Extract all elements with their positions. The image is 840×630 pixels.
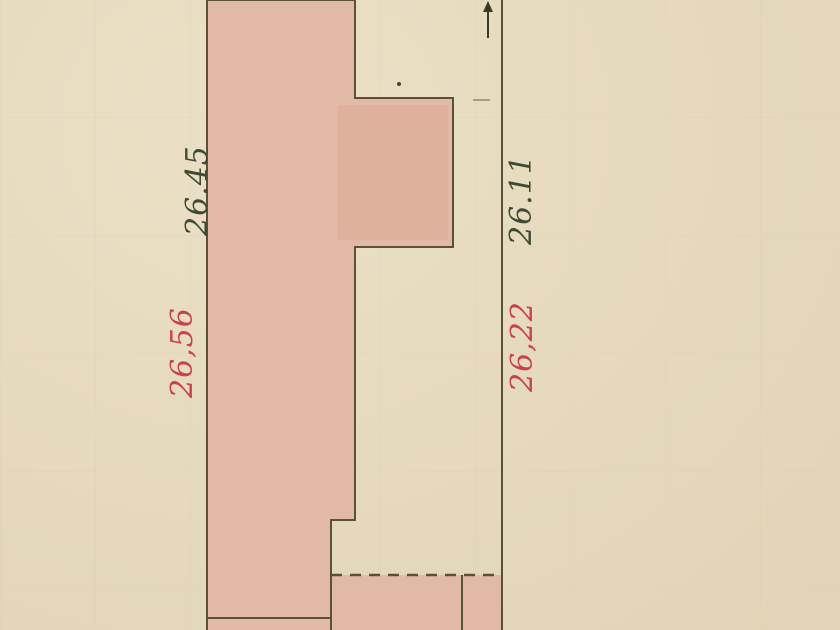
survey-dot xyxy=(397,82,401,86)
elevation-label-right-upper: 26.11 xyxy=(507,154,537,245)
plan-drawing xyxy=(0,0,840,630)
elevation-label-left-lower: 26,56 xyxy=(168,307,198,398)
annex-wash xyxy=(338,105,448,240)
lot-plan: 26.45 26,56 26.11 26,22 xyxy=(0,0,840,630)
main-building xyxy=(207,0,453,618)
arrow-up-icon xyxy=(483,1,493,38)
elevation-label-left-upper: 26.45 xyxy=(183,145,213,236)
elevation-label-right-lower: 26,22 xyxy=(508,301,538,392)
